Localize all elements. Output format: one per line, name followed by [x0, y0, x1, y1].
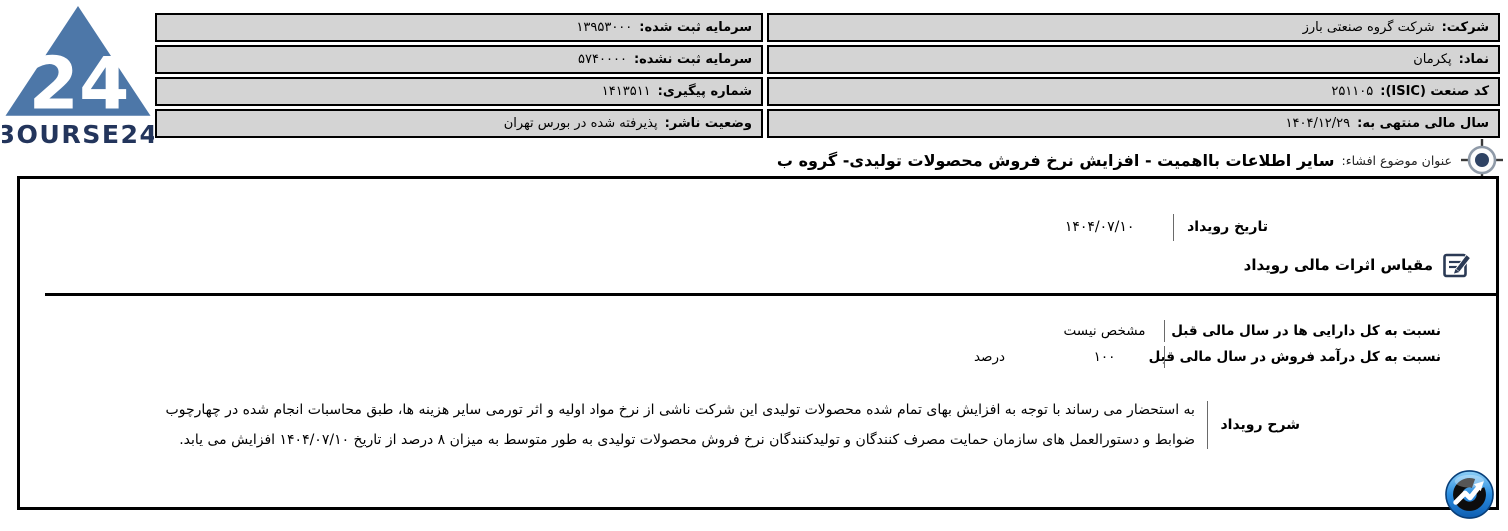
unregistered-capital-cell: سرمایه ثبت نشده: ۵۷۴۰۰۰۰ [155, 45, 763, 74]
event-description-text: به استحضار می رساند با توجه به افزایش به… [133, 395, 1195, 455]
company-cell: شرکت: شرکت گروه صنعتی بارز [767, 13, 1500, 42]
registered-capital-cell: سرمایه ثبت شده: ۱۳۹۵۳۰۰۰ [155, 13, 763, 42]
registered-capital-value: ۱۳۹۵۳۰۰۰ [576, 20, 632, 35]
isic-cell: کد صنعت (ISIC): ۲۵۱۱۰۵ [767, 77, 1500, 106]
codal-icon[interactable] [1444, 469, 1495, 520]
isic-label: کد صنعت (ISIC): [1380, 84, 1489, 99]
bourse24-triangle-icon: 24 3OURSE24 [2, 3, 154, 149]
bourse24-logo: 24 3OURSE24 [2, 3, 154, 149]
isic-value: ۲۵۱۱۰۵ [1331, 84, 1373, 99]
ticker-value: پکرمان [1413, 52, 1451, 67]
disclosure-subject-title: سایر اطلاعات بااهمیت - افزایش نرخ فروش م… [777, 151, 1335, 170]
event-date-value: ۱۴۰۴/۰۷/۱۰ [1040, 219, 1160, 235]
financial-impact-heading: مقیاس اثرات مالی رویداد [1244, 256, 1433, 274]
fiscal-year-label: سال مالی منتهی به: [1357, 116, 1489, 131]
issuer-status-value: پذیرفته شده در بورس تهران [504, 116, 658, 131]
company-label: شرکت: [1442, 20, 1489, 35]
assets-ratio-value: مشخص نیست [1046, 323, 1164, 339]
event-date-row: تاریخ رویداد ۱۴۰۴/۰۷/۱۰ [1040, 213, 1268, 241]
issuer-status-cell: وضعیت ناشر: پذیرفته شده در بورس تهران [155, 109, 763, 138]
ticker-label: نماد: [1459, 52, 1489, 67]
note-pencil-icon [1442, 250, 1472, 280]
registered-capital-label: سرمایه ثبت شده: [639, 20, 752, 35]
divider-bar [1207, 401, 1209, 449]
divider-bar [1164, 346, 1166, 368]
ticker-cell: نماد: پکرمان [767, 45, 1500, 74]
tracking-number-cell: شماره پیگیری: ۱۴۱۳۵۱۱ [155, 77, 763, 106]
company-value: شرکت گروه صنعتی بارز [1303, 20, 1435, 35]
fiscal-year-cell: سال مالی منتهی به: ۱۴۰۴/۱۲/۲۹ [767, 109, 1500, 138]
revenue-ratio-row: نسبت به کل درآمد فروش در سال مالی قبل ۱۰… [934, 345, 1442, 369]
tracking-number-value: ۱۴۱۳۵۱۱ [602, 84, 651, 99]
company-info-table: شرکت: شرکت گروه صنعتی بارز سرمایه ثبت شد… [155, 13, 1500, 138]
event-description-row: شرح رویداد به استحضار می رساند با توجه ب… [133, 395, 1300, 455]
event-details-box: تاریخ رویداد ۱۴۰۴/۰۷/۱۰ مقیاس اثرات مالی… [17, 176, 1499, 510]
revenue-ratio-value: ۱۰۰ [1046, 349, 1164, 365]
unregistered-capital-label: سرمایه ثبت نشده: [634, 52, 752, 67]
unregistered-capital-value: ۵۷۴۰۰۰۰ [578, 52, 627, 67]
financial-impact-heading-row: مقیاس اثرات مالی رویداد [1244, 250, 1472, 280]
divider-bar [1173, 214, 1175, 241]
revenue-ratio-unit: درصد [934, 349, 1046, 365]
event-date-label: تاریخ رویداد [1187, 219, 1268, 235]
revenue-ratio-label: نسبت به کل درآمد فروش در سال مالی قبل [1165, 349, 1441, 365]
fiscal-year-value: ۱۴۰۴/۱۲/۲۹ [1286, 116, 1351, 131]
divider-bar [1164, 320, 1166, 342]
horizontal-rule [45, 293, 1496, 296]
logo-numeral: 24 [29, 43, 130, 127]
disclosure-page: 24 3OURSE24 شرکت: شرکت گروه صنعتی بارز س… [0, 0, 1508, 531]
assets-ratio-row: نسبت به کل دارایی ها در سال مالی قبل مشخ… [934, 319, 1442, 343]
disclosure-subject-prefix: عنوان موضوع افشاء: [1342, 153, 1452, 168]
assets-ratio-label: نسبت به کل دارایی ها در سال مالی قبل [1165, 323, 1441, 339]
issuer-status-label: وضعیت ناشر: [665, 116, 752, 131]
disclosure-subject-line: عنوان موضوع افشاء: سایر اطلاعات بااهمیت … [20, 142, 1452, 178]
tracking-number-label: شماره پیگیری: [658, 84, 752, 99]
event-description-label: شرح رویداد [1220, 417, 1300, 433]
